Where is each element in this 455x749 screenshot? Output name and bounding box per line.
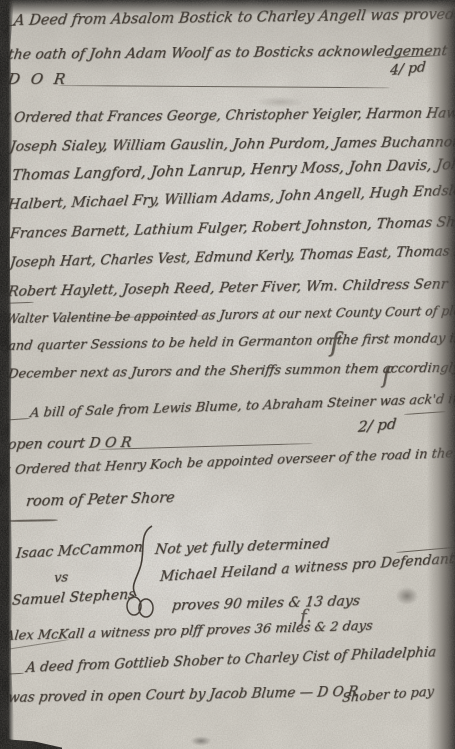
jury-line5: Frances Barnett, Lathium Fulger, Robert … xyxy=(9,214,455,242)
scanned-court-record-page: A Deed from Absalom Bostick to Charley A… xyxy=(0,0,455,749)
shober-line1: A deed from Gottlieb Shober to Charley C… xyxy=(25,644,437,676)
shober-line2: was proved in open Court by Jacob Blume … xyxy=(7,684,359,706)
case-vs: vs xyxy=(53,570,68,586)
billsale-line2: open court D O R xyxy=(7,435,132,453)
road-line2: room of Peter Shore xyxy=(25,490,175,510)
jury-line8: Walter Valentine be appointed as Jurors … xyxy=(5,303,455,326)
flourish-f: f xyxy=(382,364,390,389)
flourish-f: f xyxy=(330,328,340,358)
case-note3: proves 90 miles & 13 days xyxy=(171,593,361,614)
scan-edge-top xyxy=(0,0,455,15)
dor-flourish-line xyxy=(58,85,390,88)
jury-line2: Joseph Sialey, William Gauslin, John Pur… xyxy=(9,134,455,155)
jury-line7: Robert Haylett, Joseph Reed, Peter Fiver… xyxy=(7,276,448,300)
case-defendant: Samuel Stephens xyxy=(11,586,136,609)
scan-edge-right xyxy=(427,0,455,749)
jury-line6: Joseph Hart, Charles Vest, Edmund Kerly,… xyxy=(9,242,455,271)
case-plaintiff: Isaac McCammon xyxy=(15,539,143,562)
jury-line3: Thomas Langford, John Lanrup, Henry Moss… xyxy=(11,157,455,184)
billsale-fee: 2/ pd xyxy=(357,415,397,437)
case-note1: Not yet fully determined xyxy=(154,536,330,558)
ink-smudge xyxy=(188,735,214,747)
ink-smudge xyxy=(392,584,422,608)
entry1-fee: 4/ pd xyxy=(389,59,426,79)
margin-underline xyxy=(8,519,58,522)
jury-line9: and quarter Sessions to be held in Germa… xyxy=(7,331,455,354)
jury-line4: Halbert, Michael Fry, William Adams, Joh… xyxy=(7,182,455,213)
entry1-line2: the oath of John Adam Woolf as to Bostic… xyxy=(7,43,448,63)
jury-line1: Ordered that Frances George, Christopher… xyxy=(13,105,455,126)
